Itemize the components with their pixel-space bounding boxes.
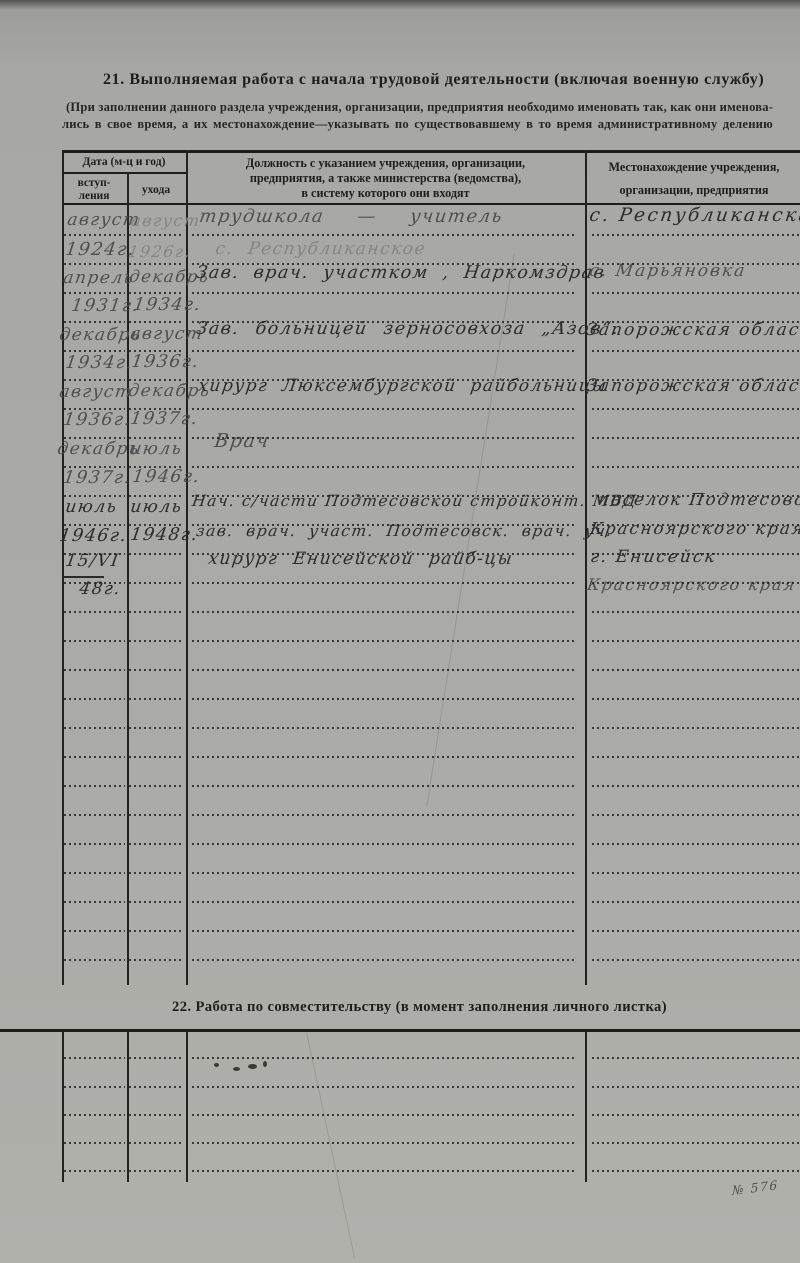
ruled-line [129, 1086, 184, 1088]
ruled-line [64, 930, 125, 932]
ruled-line [64, 698, 125, 700]
scanned-form-page: 21. Выполняемая работа с начала трудовой… [0, 0, 800, 1263]
ruled-line [592, 698, 800, 700]
ruled-line [192, 321, 574, 323]
ruled-line [592, 495, 800, 497]
entry-6-location-line1: поселок Подтесово [597, 490, 800, 509]
table22-date-divider [127, 1032, 129, 1182]
ruled-line [592, 843, 800, 845]
ruled-line [129, 1142, 184, 1144]
ruled-line [64, 1057, 125, 1059]
ruled-line [129, 524, 184, 526]
ruled-line [64, 408, 125, 410]
entry-1-end-year: 1926г. [127, 242, 193, 261]
ruled-line [129, 1057, 184, 1059]
entry-1-start-year: 1924г. [64, 239, 137, 260]
ruled-line [192, 466, 574, 468]
ruled-line [192, 495, 574, 497]
header-start-line2: ления [62, 190, 126, 202]
entry-4-end-year: 1937г. [129, 409, 200, 429]
ruled-line [64, 756, 125, 758]
ruled-line [192, 640, 574, 642]
ruled-line [64, 437, 125, 439]
ruled-line [64, 263, 125, 265]
ruled-line [592, 582, 800, 584]
entry-7-location-line2: Красноярского края [586, 575, 798, 594]
entry-5-end-year: 1946г. [131, 467, 202, 487]
ruled-line [192, 959, 574, 961]
ruled-line [592, 1170, 800, 1172]
ruled-line [192, 582, 574, 584]
ruled-line [592, 524, 800, 526]
ruled-line [64, 234, 125, 236]
ruled-line [129, 350, 184, 352]
entry-3-location: Запорожская область [585, 320, 800, 340]
table21-date-divider [127, 173, 129, 985]
ruled-line [592, 785, 800, 787]
entry-6-location-line2: Красноярского края [589, 519, 800, 538]
ruled-line [592, 292, 800, 294]
ruled-line [64, 1114, 125, 1116]
ruled-line [592, 350, 800, 352]
entry-6-end-month: июль [129, 497, 184, 517]
ruled-line [592, 930, 800, 932]
ruled-line [192, 234, 574, 236]
ruled-line [592, 1086, 800, 1088]
ruled-line [192, 756, 574, 758]
entry-7-fraction-bar [64, 576, 104, 578]
ruled-line [192, 843, 574, 845]
ruled-line [192, 1086, 574, 1088]
ruled-line [64, 495, 125, 497]
ink-blot [248, 1064, 257, 1069]
ruled-line [129, 466, 184, 468]
entry-4-start-month: август [58, 382, 134, 402]
header-position-line2: предприятия, а также министерства (ведом… [188, 171, 583, 186]
ruled-line [192, 901, 574, 903]
ruled-line [129, 495, 184, 497]
ruled-line [192, 1142, 574, 1144]
ruled-line [129, 727, 184, 729]
ruled-line [64, 466, 125, 468]
ruled-line [129, 1114, 184, 1116]
ruled-line [64, 1142, 125, 1144]
ruled-line [129, 756, 184, 758]
entry-2-position-line1: Зав. врач. участком , Наркомздрав [195, 263, 607, 283]
ruled-line [592, 408, 800, 410]
ruled-line [64, 1170, 125, 1172]
ruled-line [192, 785, 574, 787]
ruled-line [192, 437, 574, 439]
entry-5-start-month: декабрь [56, 439, 141, 459]
ruled-line [592, 959, 800, 961]
ruled-line [592, 1114, 800, 1116]
ruled-line [129, 321, 184, 323]
ruled-line [129, 698, 184, 700]
entry-6-end-year: 1948г. [129, 525, 200, 545]
ruled-line [129, 1170, 184, 1172]
table22-location-divider [585, 1032, 587, 1182]
section-21-title: 21. Выполняемая работа с начала трудовой… [103, 71, 764, 89]
entry-5-end-month: июль [129, 439, 184, 459]
entry-7-location-line1: г. Енисейск [589, 547, 718, 567]
ruled-line [592, 437, 800, 439]
ruled-line [129, 814, 184, 816]
ruled-line [129, 785, 184, 787]
header-date: Дата (м-ц и год) [63, 155, 185, 168]
entry-1-position-line1: трудшкола — учитель [198, 206, 504, 227]
ruled-line [129, 437, 184, 439]
ruled-line [192, 611, 574, 613]
ruled-line [192, 872, 574, 874]
ruled-line [64, 611, 125, 613]
ruled-line [129, 263, 184, 265]
ruled-line [129, 379, 184, 381]
ruled-line [592, 814, 800, 816]
entry-2-start-month: апрель [62, 268, 136, 288]
ruled-line [192, 814, 574, 816]
entry-2-end-year: 1934г. [132, 295, 203, 315]
ruled-line [64, 901, 125, 903]
ruled-line [192, 930, 574, 932]
header-position-line3: в систему которого они входят [188, 186, 583, 201]
entry-6-start-year: 1946г. [58, 526, 129, 546]
ruled-line [129, 901, 184, 903]
ruled-line [592, 611, 800, 613]
ruled-line [64, 640, 125, 642]
ruled-line [64, 872, 125, 874]
ruled-line [64, 350, 125, 352]
ruled-line [129, 843, 184, 845]
ink-blot [263, 1061, 267, 1067]
entry-5-position-line1: Врач [213, 430, 271, 452]
entry-1-location: с. Республиканска [588, 205, 800, 226]
ruled-line [129, 640, 184, 642]
ruled-line [129, 234, 184, 236]
ink-blot [233, 1067, 240, 1071]
ruled-line [129, 872, 184, 874]
ruled-line [192, 292, 574, 294]
ruled-line [129, 553, 184, 555]
ruled-line [129, 582, 184, 584]
ruled-line [192, 698, 574, 700]
ruled-line [592, 263, 800, 265]
entry-4-start-year: 1936г. [62, 410, 133, 430]
section-21-note-line2: лись в свое время, а их местонахождение—… [62, 117, 773, 132]
ruled-line [592, 466, 800, 468]
ruled-line [592, 234, 800, 236]
table22-position-divider [186, 1032, 188, 1182]
ruled-line [192, 524, 574, 526]
ruled-line [129, 408, 184, 410]
ruled-line [192, 1114, 574, 1116]
ruled-line [592, 553, 800, 555]
ruled-line [129, 611, 184, 613]
ruled-line [192, 727, 574, 729]
ruled-line [192, 669, 574, 671]
entry-3-end-month: август [129, 324, 205, 344]
ruled-line [592, 727, 800, 729]
ruled-line [592, 1057, 800, 1059]
ruled-line [129, 292, 184, 294]
ink-blot [214, 1063, 219, 1067]
ruled-line [64, 843, 125, 845]
entry-1-end-month: август [130, 211, 202, 230]
ruled-line [129, 959, 184, 961]
entry-3-end-year: 1936г. [130, 352, 201, 372]
ruled-line [192, 1057, 574, 1059]
entry-6-start-month: июль [64, 497, 119, 517]
ruled-line [592, 321, 800, 323]
table21-top-border [62, 150, 800, 153]
table22-left-border [62, 1032, 64, 1182]
ruled-line [64, 669, 125, 671]
ruled-line [64, 814, 125, 816]
ruled-line [592, 669, 800, 671]
ruled-line [64, 553, 125, 555]
header-location-line1: Местонахождение учреждения, [588, 160, 800, 175]
ruled-line [192, 263, 574, 265]
ruled-line [64, 524, 125, 526]
ruled-line [129, 669, 184, 671]
ruled-line [592, 756, 800, 758]
page-top-shadow [0, 0, 800, 10]
ruled-line [64, 379, 125, 381]
ruled-line [192, 350, 574, 352]
entry-2-start-year: 1931г. [70, 296, 141, 316]
ruled-line [64, 321, 125, 323]
header-location-line2: организации, предприятия [588, 183, 800, 198]
ruled-line [64, 727, 125, 729]
ruled-line [192, 1170, 574, 1172]
ruled-line [64, 1086, 125, 1088]
header-position-line1: Должность с указанием учреждения, органи… [188, 156, 583, 171]
ruled-line [592, 379, 800, 381]
ruled-line [129, 930, 184, 932]
paper-scratch [306, 1032, 355, 1257]
ruled-line [64, 785, 125, 787]
ruled-line [64, 582, 125, 584]
ruled-line [192, 379, 574, 381]
table21-date-split [62, 172, 186, 174]
entry-3-start-year: 1934г. [64, 353, 135, 373]
ruled-line [192, 408, 574, 410]
section-21-note-line1: (При заполнении данного раздела учрежден… [66, 100, 773, 115]
ruled-line [192, 553, 574, 555]
ruled-line [64, 959, 125, 961]
entry-7-position-line1: хирург Енисейской райб-цы [207, 549, 515, 569]
ruled-line [64, 292, 125, 294]
entry-5-start-year: 1937г. [62, 468, 133, 488]
header-start-line1: вступ- [62, 177, 126, 189]
header-end: ухода [127, 183, 185, 196]
entry-1-position-line2: с. Республиканское [214, 239, 428, 259]
ruled-line [592, 1142, 800, 1144]
footer-number-mark: № 576 [732, 1177, 779, 1198]
ruled-line [592, 640, 800, 642]
table22-top-border [0, 1029, 800, 1032]
ruled-line [592, 901, 800, 903]
section-22-title: 22. Работа по совместительству (в момент… [172, 999, 667, 1016]
ruled-line [592, 872, 800, 874]
